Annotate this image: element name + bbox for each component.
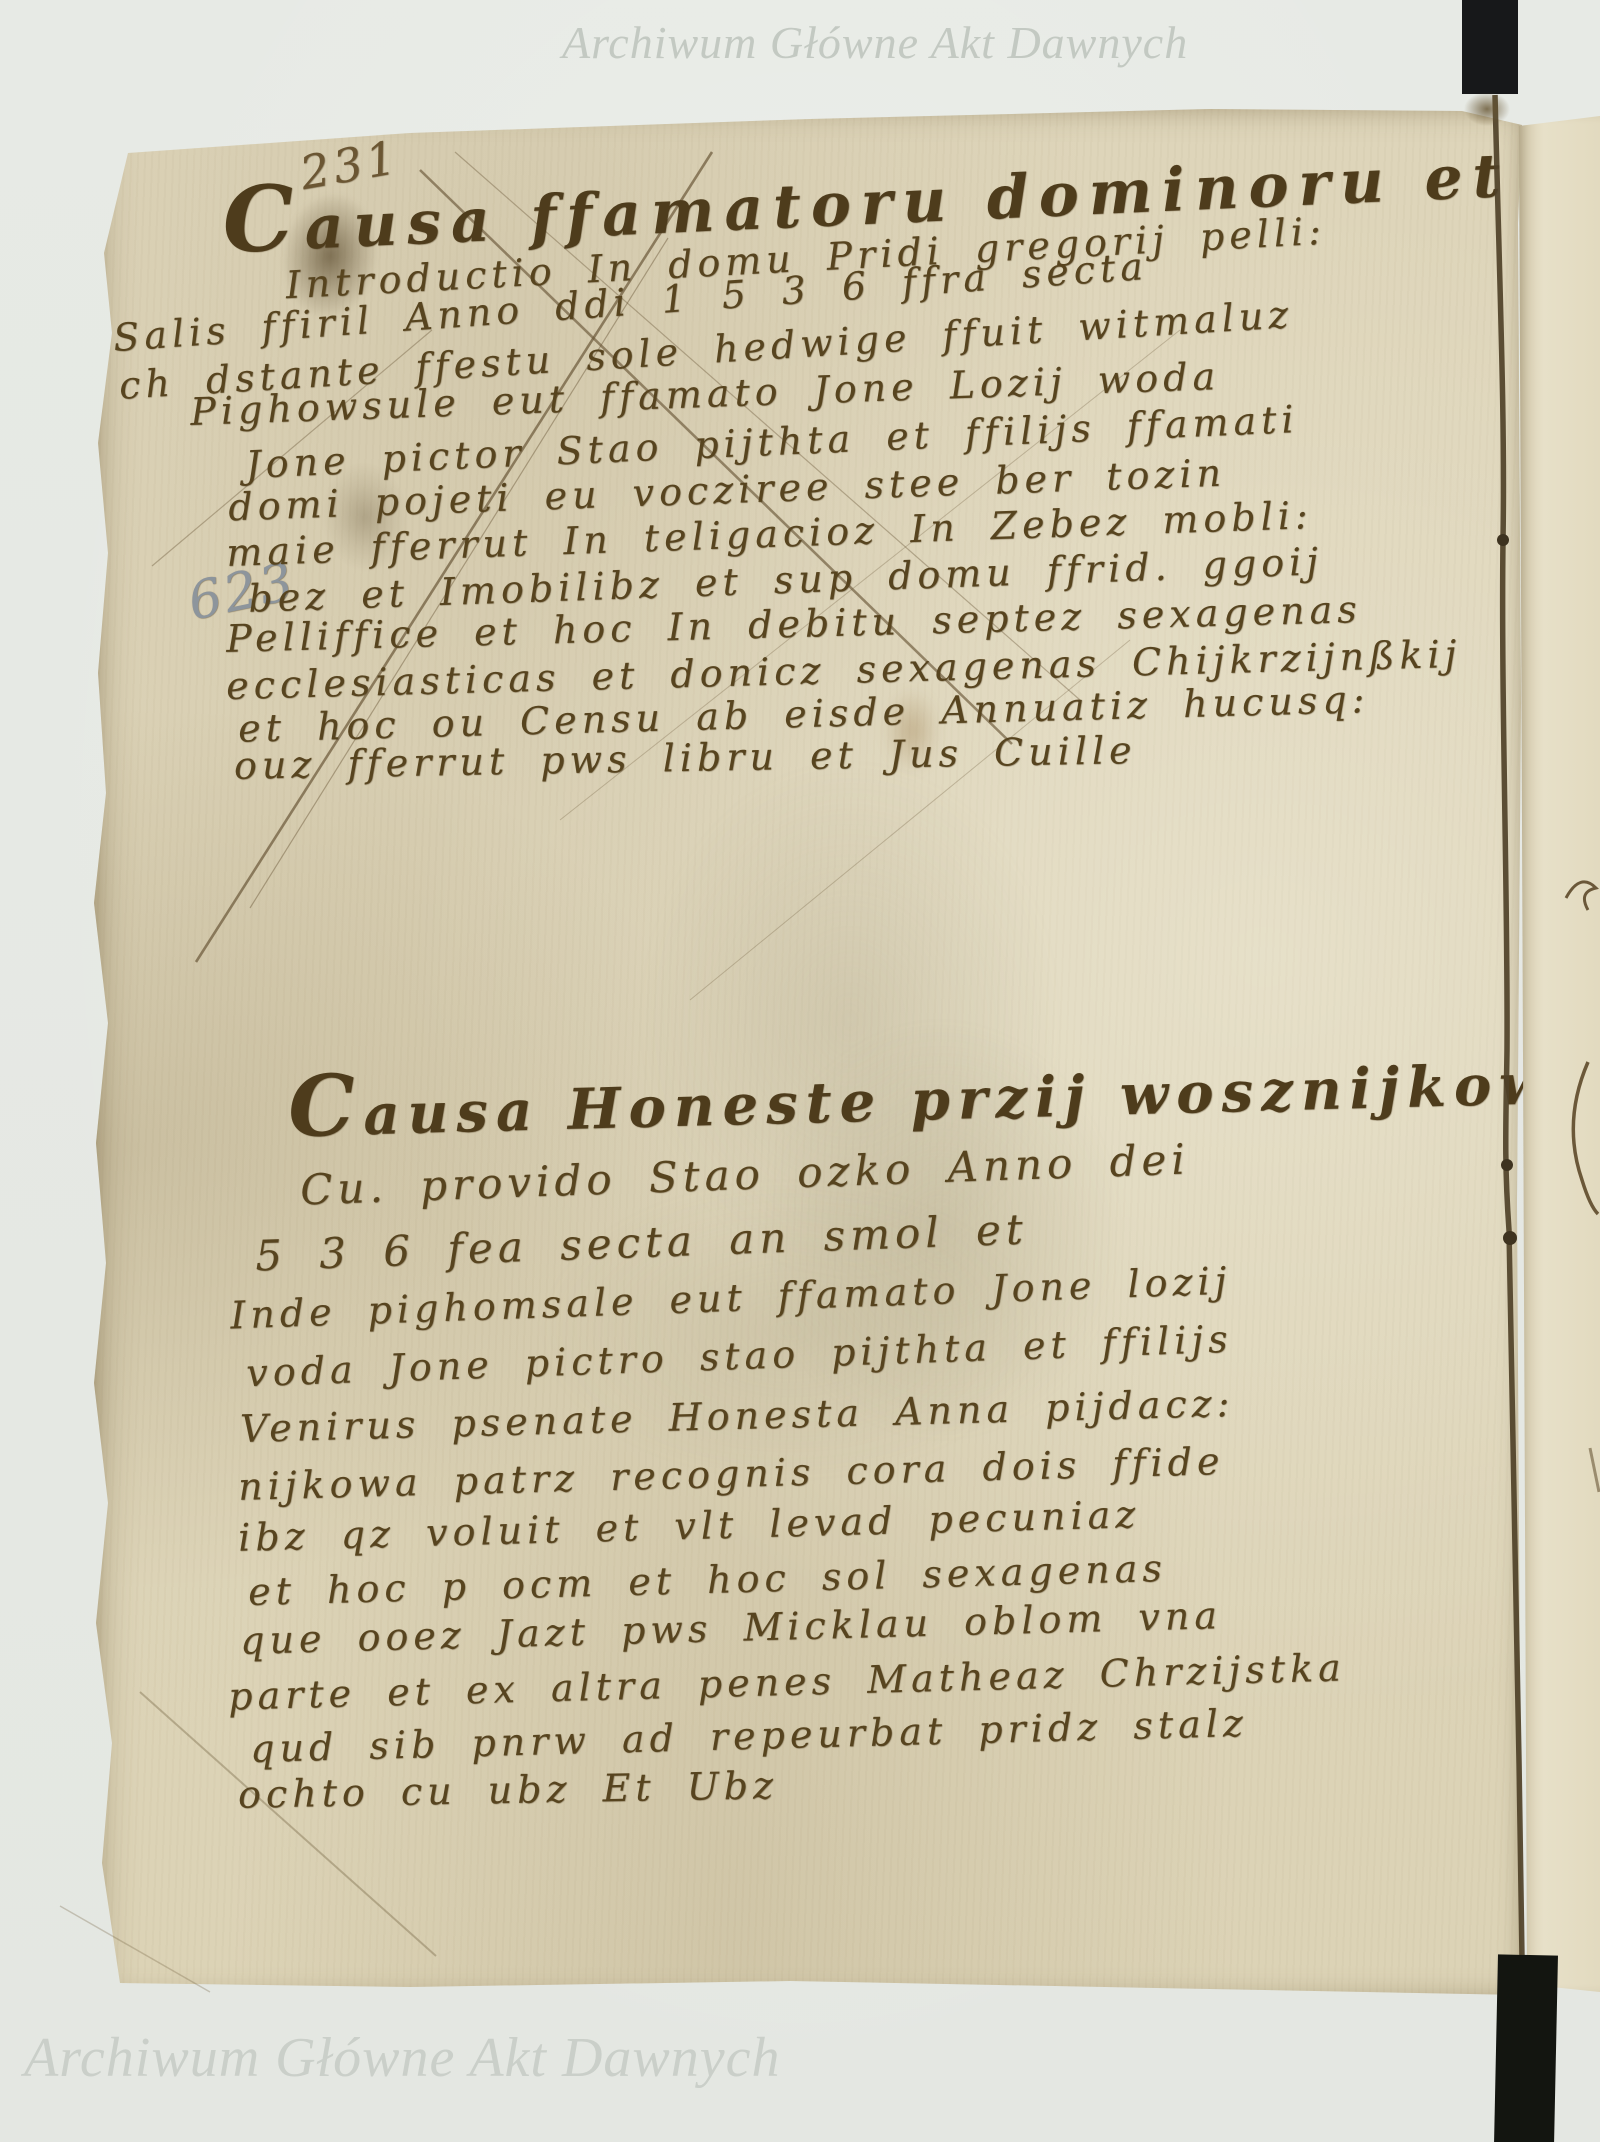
next-page-ink-mark (1566, 882, 1596, 910)
black-clamp-top (1462, 0, 1518, 94)
clamp-smudge (1464, 92, 1510, 126)
thread-knot (1497, 534, 1509, 546)
thread-knot (1501, 1159, 1513, 1171)
binding-thread (1495, 95, 1522, 1958)
archival-scan: 231 623 Causa ffamatoru dominoru et Intr… (0, 0, 1600, 2142)
black-clamp-bottom (1494, 1954, 1558, 2142)
binding-layer (0, 0, 1600, 2142)
thread-knot (1503, 1231, 1517, 1245)
next-page-ink-mark (1590, 1448, 1599, 1492)
next-page-ink-mark (1573, 1062, 1598, 1214)
